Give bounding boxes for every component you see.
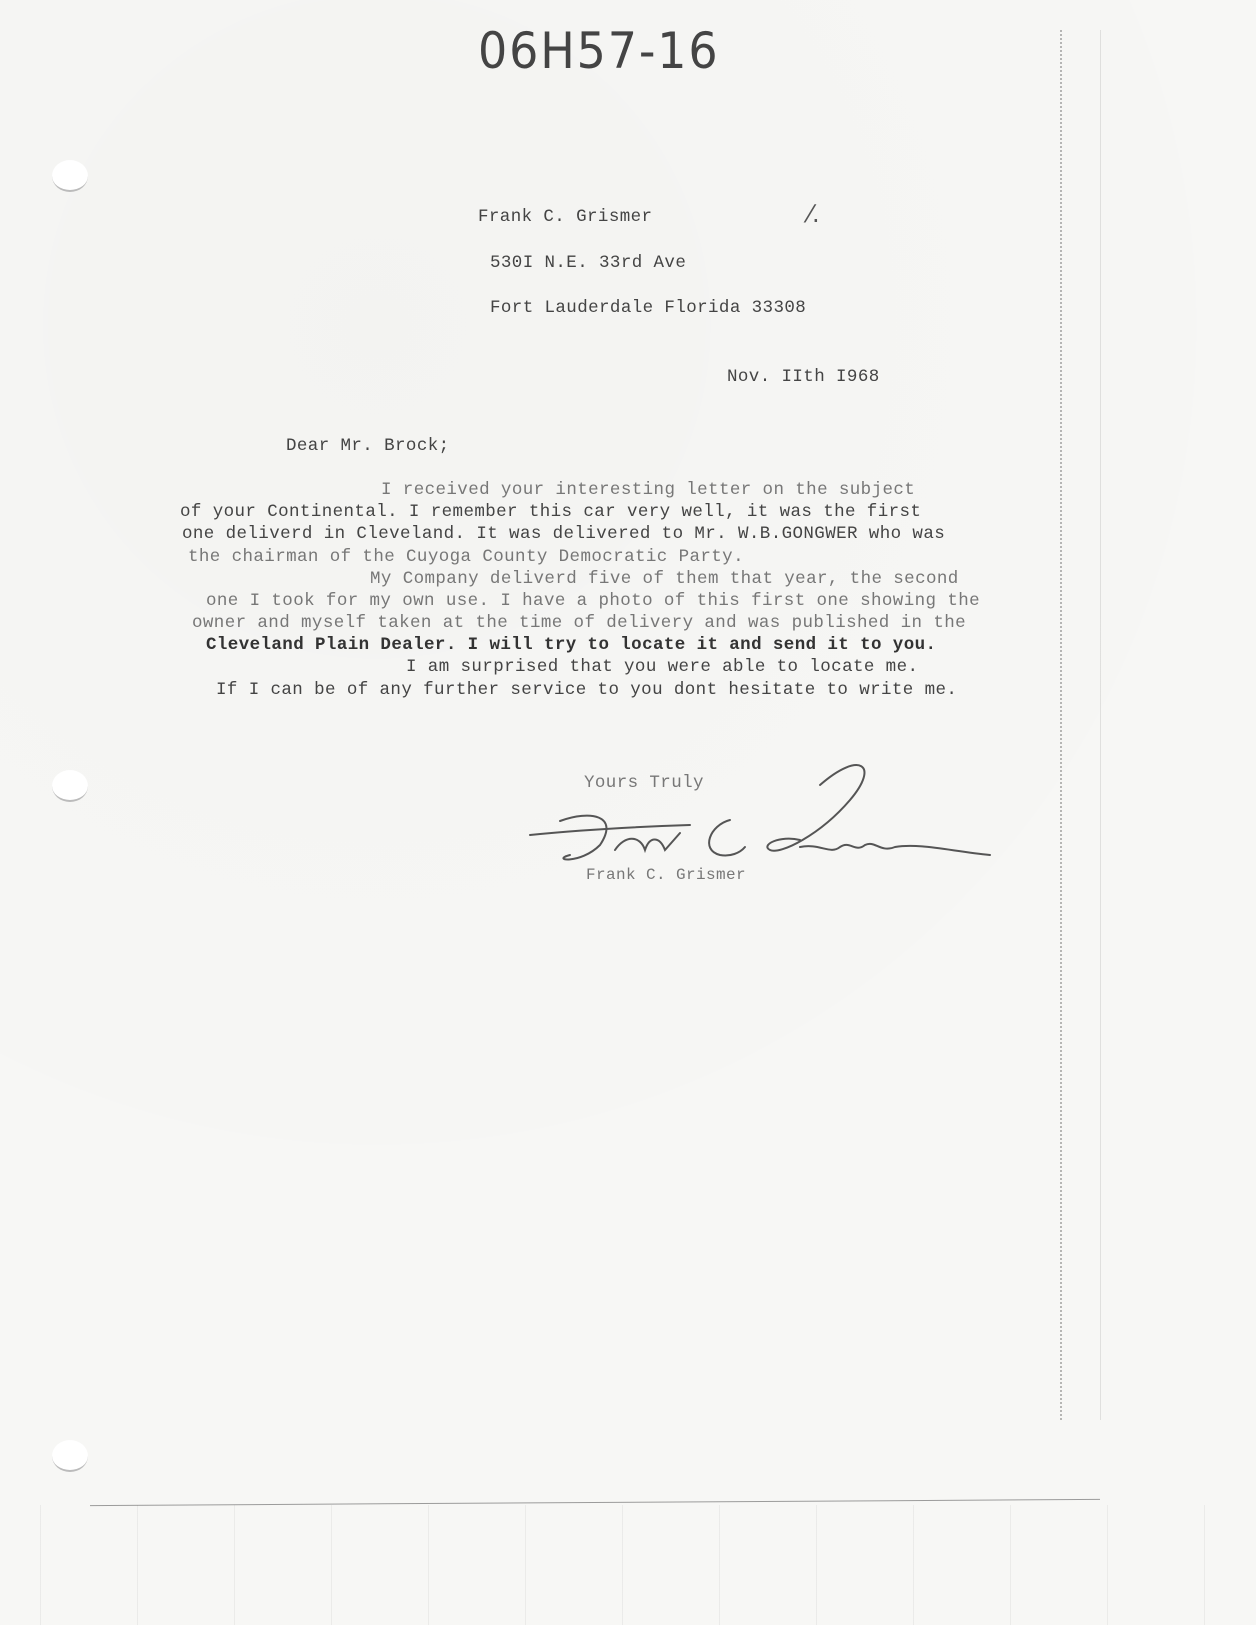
body-line: the chairman of the Cuyoga County Democr… xyxy=(188,547,744,567)
scanned-letter-page: 06H57-16 ⁄. Frank C. Grismer 530I N.E. 3… xyxy=(0,0,1256,1625)
scan-noise xyxy=(0,1505,1256,1625)
handwritten-signature xyxy=(520,755,1000,880)
body-line: I am surprised that you were able to loc… xyxy=(406,657,918,677)
body-line: one I took for my own use. I have a phot… xyxy=(206,591,980,611)
body-line: If I can be of any further service to yo… xyxy=(216,680,957,700)
sender-city: Fort Lauderdale Florida 33308 xyxy=(490,298,806,318)
body-line: I received your interesting letter on th… xyxy=(381,480,915,500)
body-line: My Company deliverd five of them that ye… xyxy=(370,569,959,589)
scan-artifact-right-edge xyxy=(1060,30,1062,1420)
corner-pen-mark: ⁄. xyxy=(808,200,820,228)
body-line: of your Continental. I remember this car… xyxy=(180,502,921,522)
archive-number: 06H57-16 xyxy=(478,22,720,80)
binder-hole-middle xyxy=(52,770,88,802)
scan-artifact-right-edge-2 xyxy=(1100,30,1101,1420)
signature-scribble-icon xyxy=(520,755,1000,875)
salutation: Dear Mr. Brock; xyxy=(286,436,450,456)
typed-signer-name: Frank C. Grismer xyxy=(586,866,746,884)
binder-hole-top xyxy=(52,160,88,192)
body-line: one deliverd in Cleveland. It was delive… xyxy=(182,524,945,544)
sender-name: Frank C. Grismer xyxy=(478,207,652,227)
binder-hole-bottom xyxy=(52,1440,88,1472)
body-line: Cleveland Plain Dealer. I will try to lo… xyxy=(206,635,936,655)
letter-date: Nov. IIth I968 xyxy=(727,367,880,387)
sender-street: 530I N.E. 33rd Ave xyxy=(490,253,686,273)
body-line: owner and myself taken at the time of de… xyxy=(192,613,966,633)
